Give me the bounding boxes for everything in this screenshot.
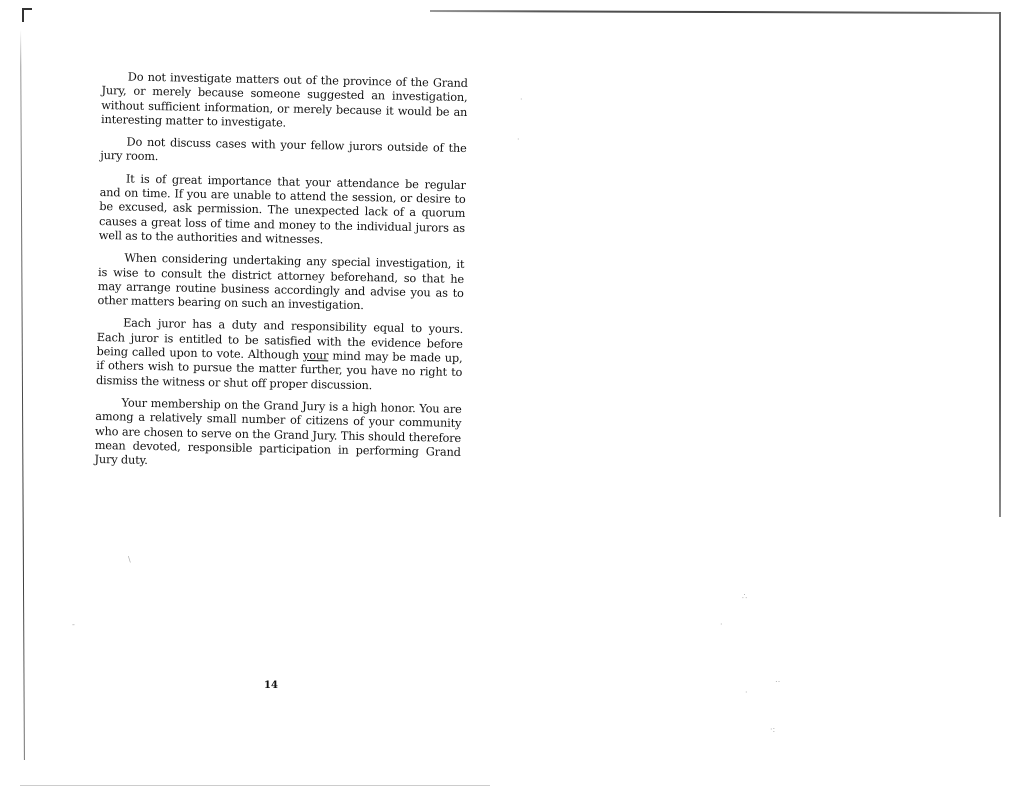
scan-speck: \ xyxy=(128,555,131,564)
paragraph-special-investigation: When considering undertaking any special… xyxy=(97,251,464,315)
paragraph-membership: Your membership on the Grand Jury is a h… xyxy=(94,396,461,474)
scan-speck: ∴ xyxy=(742,592,747,601)
scan-left-edge xyxy=(20,30,25,760)
scan-right-edge xyxy=(999,12,1001,517)
scan-speck: ‥ xyxy=(775,675,780,684)
scan-speck: - xyxy=(72,620,75,629)
scan-speck: · xyxy=(520,95,523,104)
paragraph-province: Do not investigate matters out of the pr… xyxy=(101,70,468,134)
paragraph-attendance: It is of great importance that your atte… xyxy=(99,172,466,250)
scan-bottom-edge xyxy=(20,785,490,786)
scan-corner-mark xyxy=(22,8,32,22)
document-body: Do not investigate matters out of the pr… xyxy=(94,70,468,482)
scan-top-edge xyxy=(430,10,1000,14)
paragraph-juror-duty: Each juror has a duty and responsibility… xyxy=(96,316,463,394)
paragraph-discuss-cases: Do not discuss cases with your fellow ju… xyxy=(100,135,466,171)
scan-speck: · xyxy=(517,135,520,144)
scan-speck: · xyxy=(720,620,723,629)
underlined-word: your xyxy=(303,349,329,362)
scan-speck: · xyxy=(745,688,748,697)
scanned-page: · · ∴ · ‥ · ·: \ - Do not investigate ma… xyxy=(0,0,1024,791)
page-number: 14 xyxy=(264,680,278,691)
scan-speck: ·: xyxy=(770,725,775,734)
